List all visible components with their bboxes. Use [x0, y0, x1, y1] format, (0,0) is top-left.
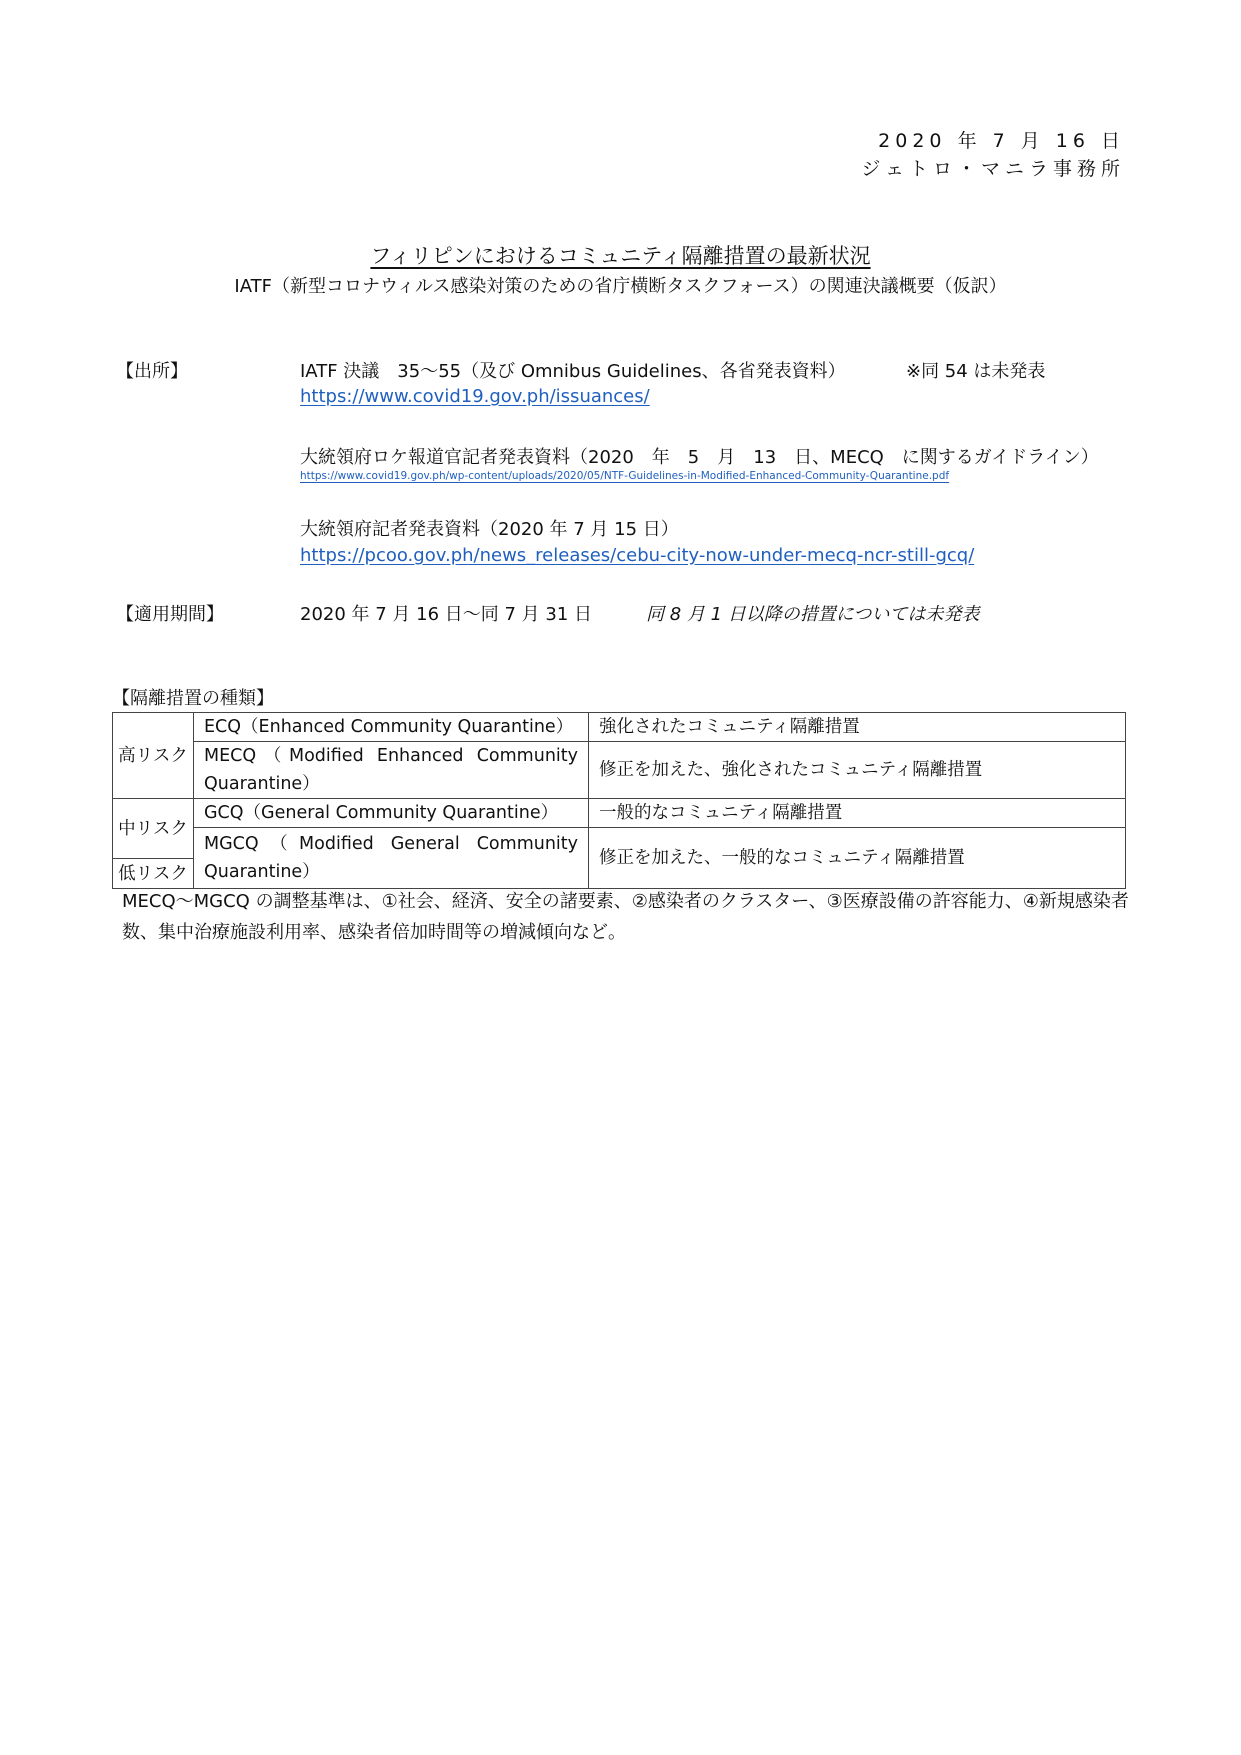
risk-level-medium: 中リスク [113, 799, 194, 859]
sources-label: 【出所】 [116, 357, 188, 383]
page-title-text: フィリピンにおけるコミュニティ隔離措置の最新状況 [370, 244, 870, 268]
table-row: MGCQ（Modified General Community Quaranti… [113, 828, 1126, 859]
quarantine-ja: 一般的なコミュニティ隔離措置 [589, 799, 1126, 828]
quarantine-ja: 修正を加えた、一般的なコミュニティ隔離措置 [589, 828, 1126, 889]
quarantine-en: GCQ（General Community Quarantine） [194, 799, 589, 828]
quarantine-ja: 修正を加えた、強化されたコミュニティ隔離措置 [589, 742, 1126, 799]
quarantine-types-table: 高リスク ECQ（Enhanced Community Quarantine） … [112, 712, 1126, 889]
period-note: 同 8 月 1 日以降の措置については未発表 [646, 600, 979, 626]
document-date: 2020 年 7 月 16 日 [878, 126, 1125, 153]
issuing-office: ジェトロ・マニラ事務所 [861, 154, 1125, 181]
source-2-link[interactable]: https://www.covid19.gov.ph/wp-content/up… [300, 470, 949, 482]
period-label: 【適用期間】 [116, 600, 224, 626]
risk-level-low: 低リスク [113, 859, 194, 889]
quarantine-ja: 強化されたコミュニティ隔離措置 [589, 713, 1126, 742]
table-row: 高リスク ECQ（Enhanced Community Quarantine） … [113, 713, 1126, 742]
quarantine-en: MGCQ（Modified General Community Quaranti… [194, 828, 589, 889]
source-3-link[interactable]: https://pcoo.gov.ph/news_releases/cebu-c… [300, 545, 974, 566]
quarantine-en: MECQ（Modified Enhanced Community Quarant… [194, 742, 589, 799]
source-1-link[interactable]: https://www.covid19.gov.ph/issuances/ [300, 386, 650, 407]
table-row: 中リスク GCQ（General Community Quarantine） 一… [113, 799, 1126, 828]
risk-level-high: 高リスク [113, 713, 194, 799]
period-value: 2020 年 7 月 16 日～同 7 月 31 日 [300, 600, 592, 626]
page-title: フィリピンにおけるコミュニティ隔離措置の最新状況 [0, 240, 1241, 270]
quarantine-types-heading: 【隔離措置の種類】 [112, 684, 274, 710]
source-2-text: 大統領府ロケ報道官記者発表資料（2020 年 5 月 13 日、MECQ に関す… [300, 443, 1099, 469]
source-3-text: 大統領府記者発表資料（2020 年 7 月 15 日） [300, 515, 679, 541]
source-1-note: ※同 54 は未発表 [906, 357, 1045, 383]
table-row: MECQ（Modified Enhanced Community Quarant… [113, 742, 1126, 771]
criteria-note: MECQ～MGCQ の調整基準は、①社会、経済、安全の諸要素、②感染者のクラスタ… [122, 886, 1132, 948]
source-1-text: IATF 決議 35～55（及び Omnibus Guidelines、各省発表… [300, 357, 846, 383]
quarantine-en: ECQ（Enhanced Community Quarantine） [194, 713, 589, 742]
page-subtitle: IATF（新型コロナウィルス感染対策のための省庁横断タスクフォース）の関連決議概… [0, 272, 1241, 298]
